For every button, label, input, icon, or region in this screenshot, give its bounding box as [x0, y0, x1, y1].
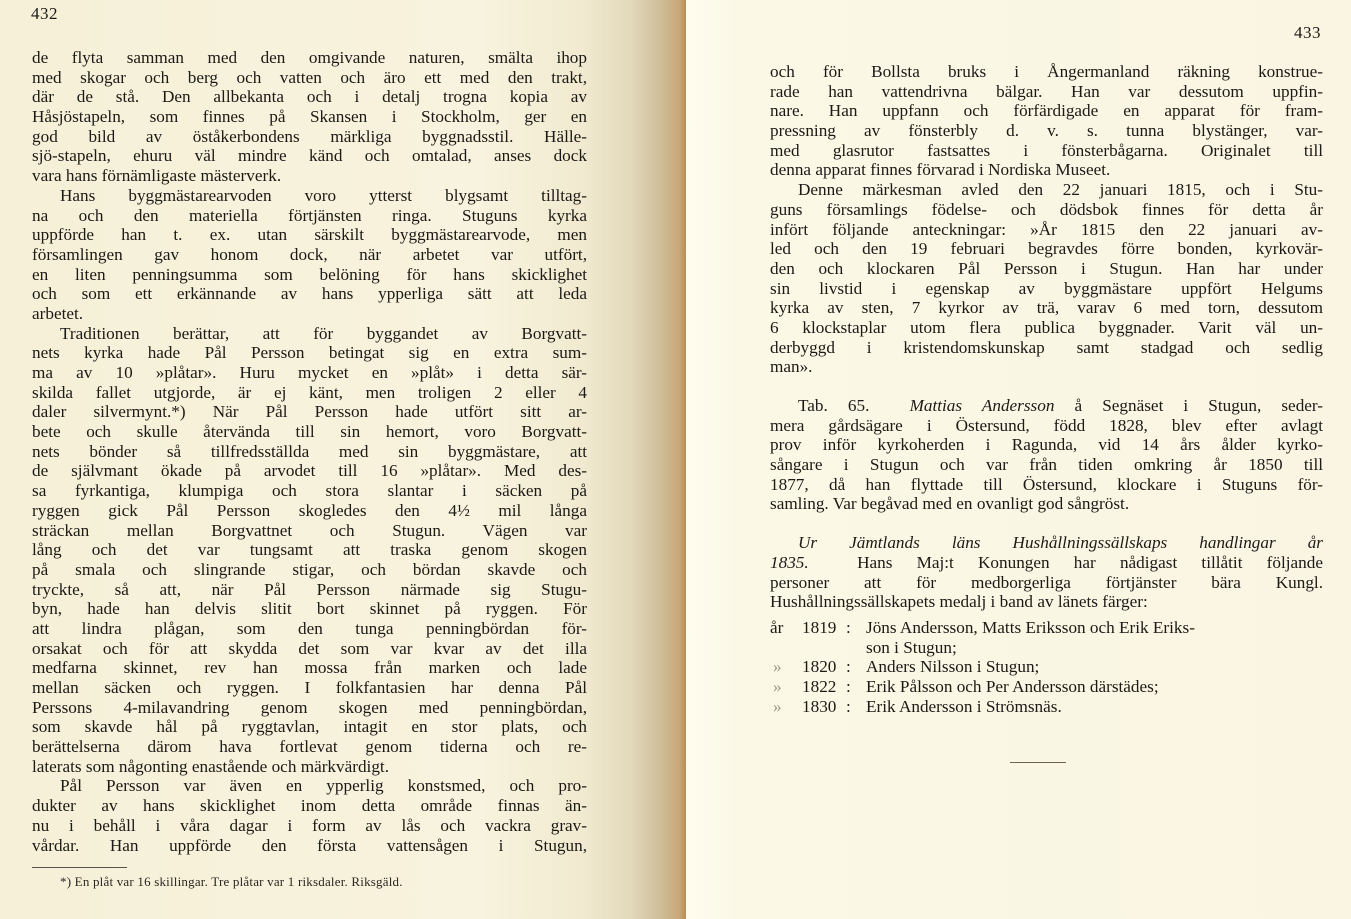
text-line: prov inför kyrkoherden i Ragunda, vid 14…: [770, 435, 1323, 455]
award-recipients: Jöns Andersson, Matts Eriksson och Erik …: [866, 618, 1323, 638]
award-list: år 1819 : Jöns Andersson, Matts Eriksson…: [770, 618, 1323, 716]
text-line: personer att för medborgerliga förtjänst…: [770, 573, 1323, 593]
award-year: 1830: [802, 697, 846, 717]
text-line: sin livstid i egenskap av byggmästare up…: [770, 279, 1323, 299]
text-line: sträckan mellan Borgvattnet och Stugun. …: [32, 521, 587, 541]
text-line: tryckte, så att, när Pål Persson närmade…: [32, 580, 587, 600]
person-name: Mattias Andersson: [910, 396, 1055, 415]
award-recipients: Erik Andersson i Strömsnäs.: [866, 697, 1323, 717]
award-year: 1820: [802, 657, 846, 677]
text-line: på smala och slingrande stigar, och börd…: [32, 560, 587, 580]
text-line: Perssons 4-milavandring genom skogen med…: [32, 698, 587, 718]
award-row: » 1822 : Erik Pålsson och Per Andersson …: [770, 677, 1323, 697]
text-line: rade han vattendrivna bälgar. Han var de…: [770, 82, 1323, 102]
paragraph-start: Hans byggmästarearvoden voro ytterst bly…: [32, 186, 587, 206]
text-line: ryggen gick Pål Persson skogledes den 4½…: [32, 501, 587, 521]
source-citation-line: Ur Jämtlands läns Hushållningssällskaps …: [770, 533, 1323, 553]
text-line: orsakat och för att skydda det som var k…: [32, 639, 587, 659]
right-page-text: och för Bollsta bruks i Ångermanland räk…: [770, 62, 1323, 716]
text-fragment: å Segnäset i Stugun, seder-: [1075, 396, 1323, 415]
ditto-mark: »: [770, 697, 802, 717]
text-line: god bild av öståkerbondens märkliga bygg…: [32, 127, 587, 147]
source-year: 1835.: [770, 553, 809, 572]
text-line: dukter av hans skicklighet inom detta om…: [32, 796, 587, 816]
text-line: bete och skulle återvända till sin hemor…: [32, 422, 587, 442]
award-recipients-cont: son i Stugun;: [770, 638, 1323, 658]
text-line: daler silvermynt.*) När Pål Persson hade…: [32, 402, 587, 422]
text-line: guns församlings födelse- och dödsbok fi…: [770, 200, 1323, 220]
award-row: år 1819 : Jöns Andersson, Matts Eriksson…: [770, 618, 1323, 638]
paragraph-start: Traditionen berättar, att för byggandet …: [32, 324, 587, 344]
source-title: Ur Jämtlands läns Hushållningssällskaps …: [798, 533, 1323, 552]
text-line: byn, hade han delvis slitit bort skinnet…: [32, 599, 587, 619]
text-line: laterats som någonting enastående och mä…: [32, 757, 587, 777]
text-line: nets kyrka hade Pål Persson betingat sig…: [32, 343, 587, 363]
section-end-rule: [1010, 762, 1066, 763]
award-colon: :: [846, 677, 866, 697]
text-line: 1877, då han flyttade till Östersund, kl…: [770, 475, 1323, 495]
text-line: 1835. Hans Maj:t Konungen har nådigast t…: [770, 553, 1323, 573]
award-prefix: år: [770, 618, 802, 638]
text-line: där de stå. Den allbekanta och i detalj …: [32, 87, 587, 107]
text-line: nets bönder så tillfredsställda med sin …: [32, 442, 587, 462]
text-line: arbetet.: [32, 304, 587, 324]
text-line: medfarna skinnet, rev han mossa från mar…: [32, 658, 587, 678]
text-line: ma av 10 »plåtar». Huru mycket en »plåt»…: [32, 363, 587, 383]
page-number-right: 433: [1294, 23, 1321, 43]
paragraph-start: Denne märkesman avled den 22 januari 181…: [770, 180, 1323, 200]
paragraph-start: Pål Persson var även en ypperlig konstsm…: [32, 776, 587, 796]
footnote: *) En plåt var 16 skillingar. Tre plåtar…: [60, 874, 403, 890]
text-line: pressning av fönsterbly d. v. s. tunna b…: [770, 121, 1323, 141]
text-line: med glasrutor fastsattes i fönsterbågarn…: [770, 141, 1323, 161]
text-line: mellan säcken och ryggen. I folkfantasie…: [32, 678, 587, 698]
text-line: man».: [770, 357, 1323, 377]
text-line: skilda fallet utgjorde, är ej känt, men …: [32, 383, 587, 403]
text-line: samling. Var begåvad med en ovanligt god…: [770, 494, 1323, 514]
text-line: derbyggd i kristendomskunskap samt stadg…: [770, 338, 1323, 358]
text-line: nu i behåll i våra dagar i form av lås o…: [32, 816, 587, 836]
text-line: mera gårdsägare i Östersund, född 1828, …: [770, 416, 1323, 436]
text-line: vara hans förnämligaste mästerverk.: [32, 166, 587, 186]
text-line: infört följande anteckningar: »År 1815 d…: [770, 220, 1323, 240]
text-line: Håsjöstapeln, som finnes på Skansen i St…: [32, 107, 587, 127]
award-row: » 1830 : Erik Andersson i Strömsnäs.: [770, 697, 1323, 717]
text-line: sjö-stapeln, ehuru väl mindre känd och o…: [32, 146, 587, 166]
text-line: vårdar. Han uppförde den första vattenså…: [32, 836, 587, 856]
spacer: [770, 377, 1323, 396]
text-line: nare. Han uppfann och förfärdigade en ap…: [770, 101, 1323, 121]
text-line: de självmant ökade på arvodet till 16 »p…: [32, 461, 587, 481]
spacer: [770, 514, 1323, 533]
award-year: 1819: [802, 618, 846, 638]
text-line: sångare i Stugun och var från tiden omkr…: [770, 455, 1323, 475]
text-line: na och den materiella förtjänsten ringa.…: [32, 206, 587, 226]
ditto-mark: »: [770, 657, 802, 677]
text-line: lång och det var tungsamt att traska gen…: [32, 540, 587, 560]
text-line: denna apparat finnes förvarad i Nordiska…: [770, 160, 1323, 180]
text-line: den och klockaren Pål Persson i Stugun. …: [770, 259, 1323, 279]
text-line: 6 klockstaplar utom flera publica byggna…: [770, 318, 1323, 338]
award-colon: :: [846, 618, 866, 638]
tab65-heading-line: Tab. 65. Mattias Andersson å Segnäset i …: [770, 396, 1323, 416]
text-line: Hushållningssällskapets medalj i band av…: [770, 592, 1323, 612]
ditto-mark: »: [770, 677, 802, 697]
award-colon: :: [846, 657, 866, 677]
text-line: och som ett erkännande av hans ypperliga…: [32, 284, 587, 304]
text-line: att lindra plågan, som den tunga penning…: [32, 619, 587, 639]
text-line: och för Bollsta bruks i Ångermanland räk…: [770, 62, 1323, 82]
text-line: som skavde hål på ryggtavlan, intagit en…: [32, 717, 587, 737]
footnote-divider: [32, 867, 127, 868]
tab-label: Tab. 65.: [798, 396, 869, 415]
text-line: kyrka av sten, 7 kyrkor av trä, varav 6 …: [770, 298, 1323, 318]
text-fragment: Hans Maj:t Konungen har nådigast tillåti…: [857, 553, 1323, 572]
text-line: en liten penningsumma som belöning för h…: [32, 265, 587, 285]
award-year: 1822: [802, 677, 846, 697]
award-recipients: Anders Nilsson i Stugun;: [866, 657, 1323, 677]
text-line: led och den 19 februari begravdes förre …: [770, 239, 1323, 259]
award-colon: :: [846, 697, 866, 717]
left-page-text: de flyta samman med den omgivande nature…: [32, 48, 587, 855]
text-line: berättelserna därom hava fortlevat genom…: [32, 737, 587, 757]
award-row: » 1820 : Anders Nilsson i Stugun;: [770, 657, 1323, 677]
award-recipients: Erik Pålsson och Per Andersson därstädes…: [866, 677, 1323, 697]
page-number-left: 432: [31, 4, 58, 24]
text-line: med skogar och berg och vatten och äro e…: [32, 68, 587, 88]
text-line: uppförde han t. ex. utan särskilt byggmä…: [32, 225, 587, 245]
text-line: de flyta samman med den omgivande nature…: [32, 48, 587, 68]
text-line: sa fyrkantiga, klumpiga och stora slanta…: [32, 481, 587, 501]
text-line: församlingen gav honom dock, när arbetet…: [32, 245, 587, 265]
